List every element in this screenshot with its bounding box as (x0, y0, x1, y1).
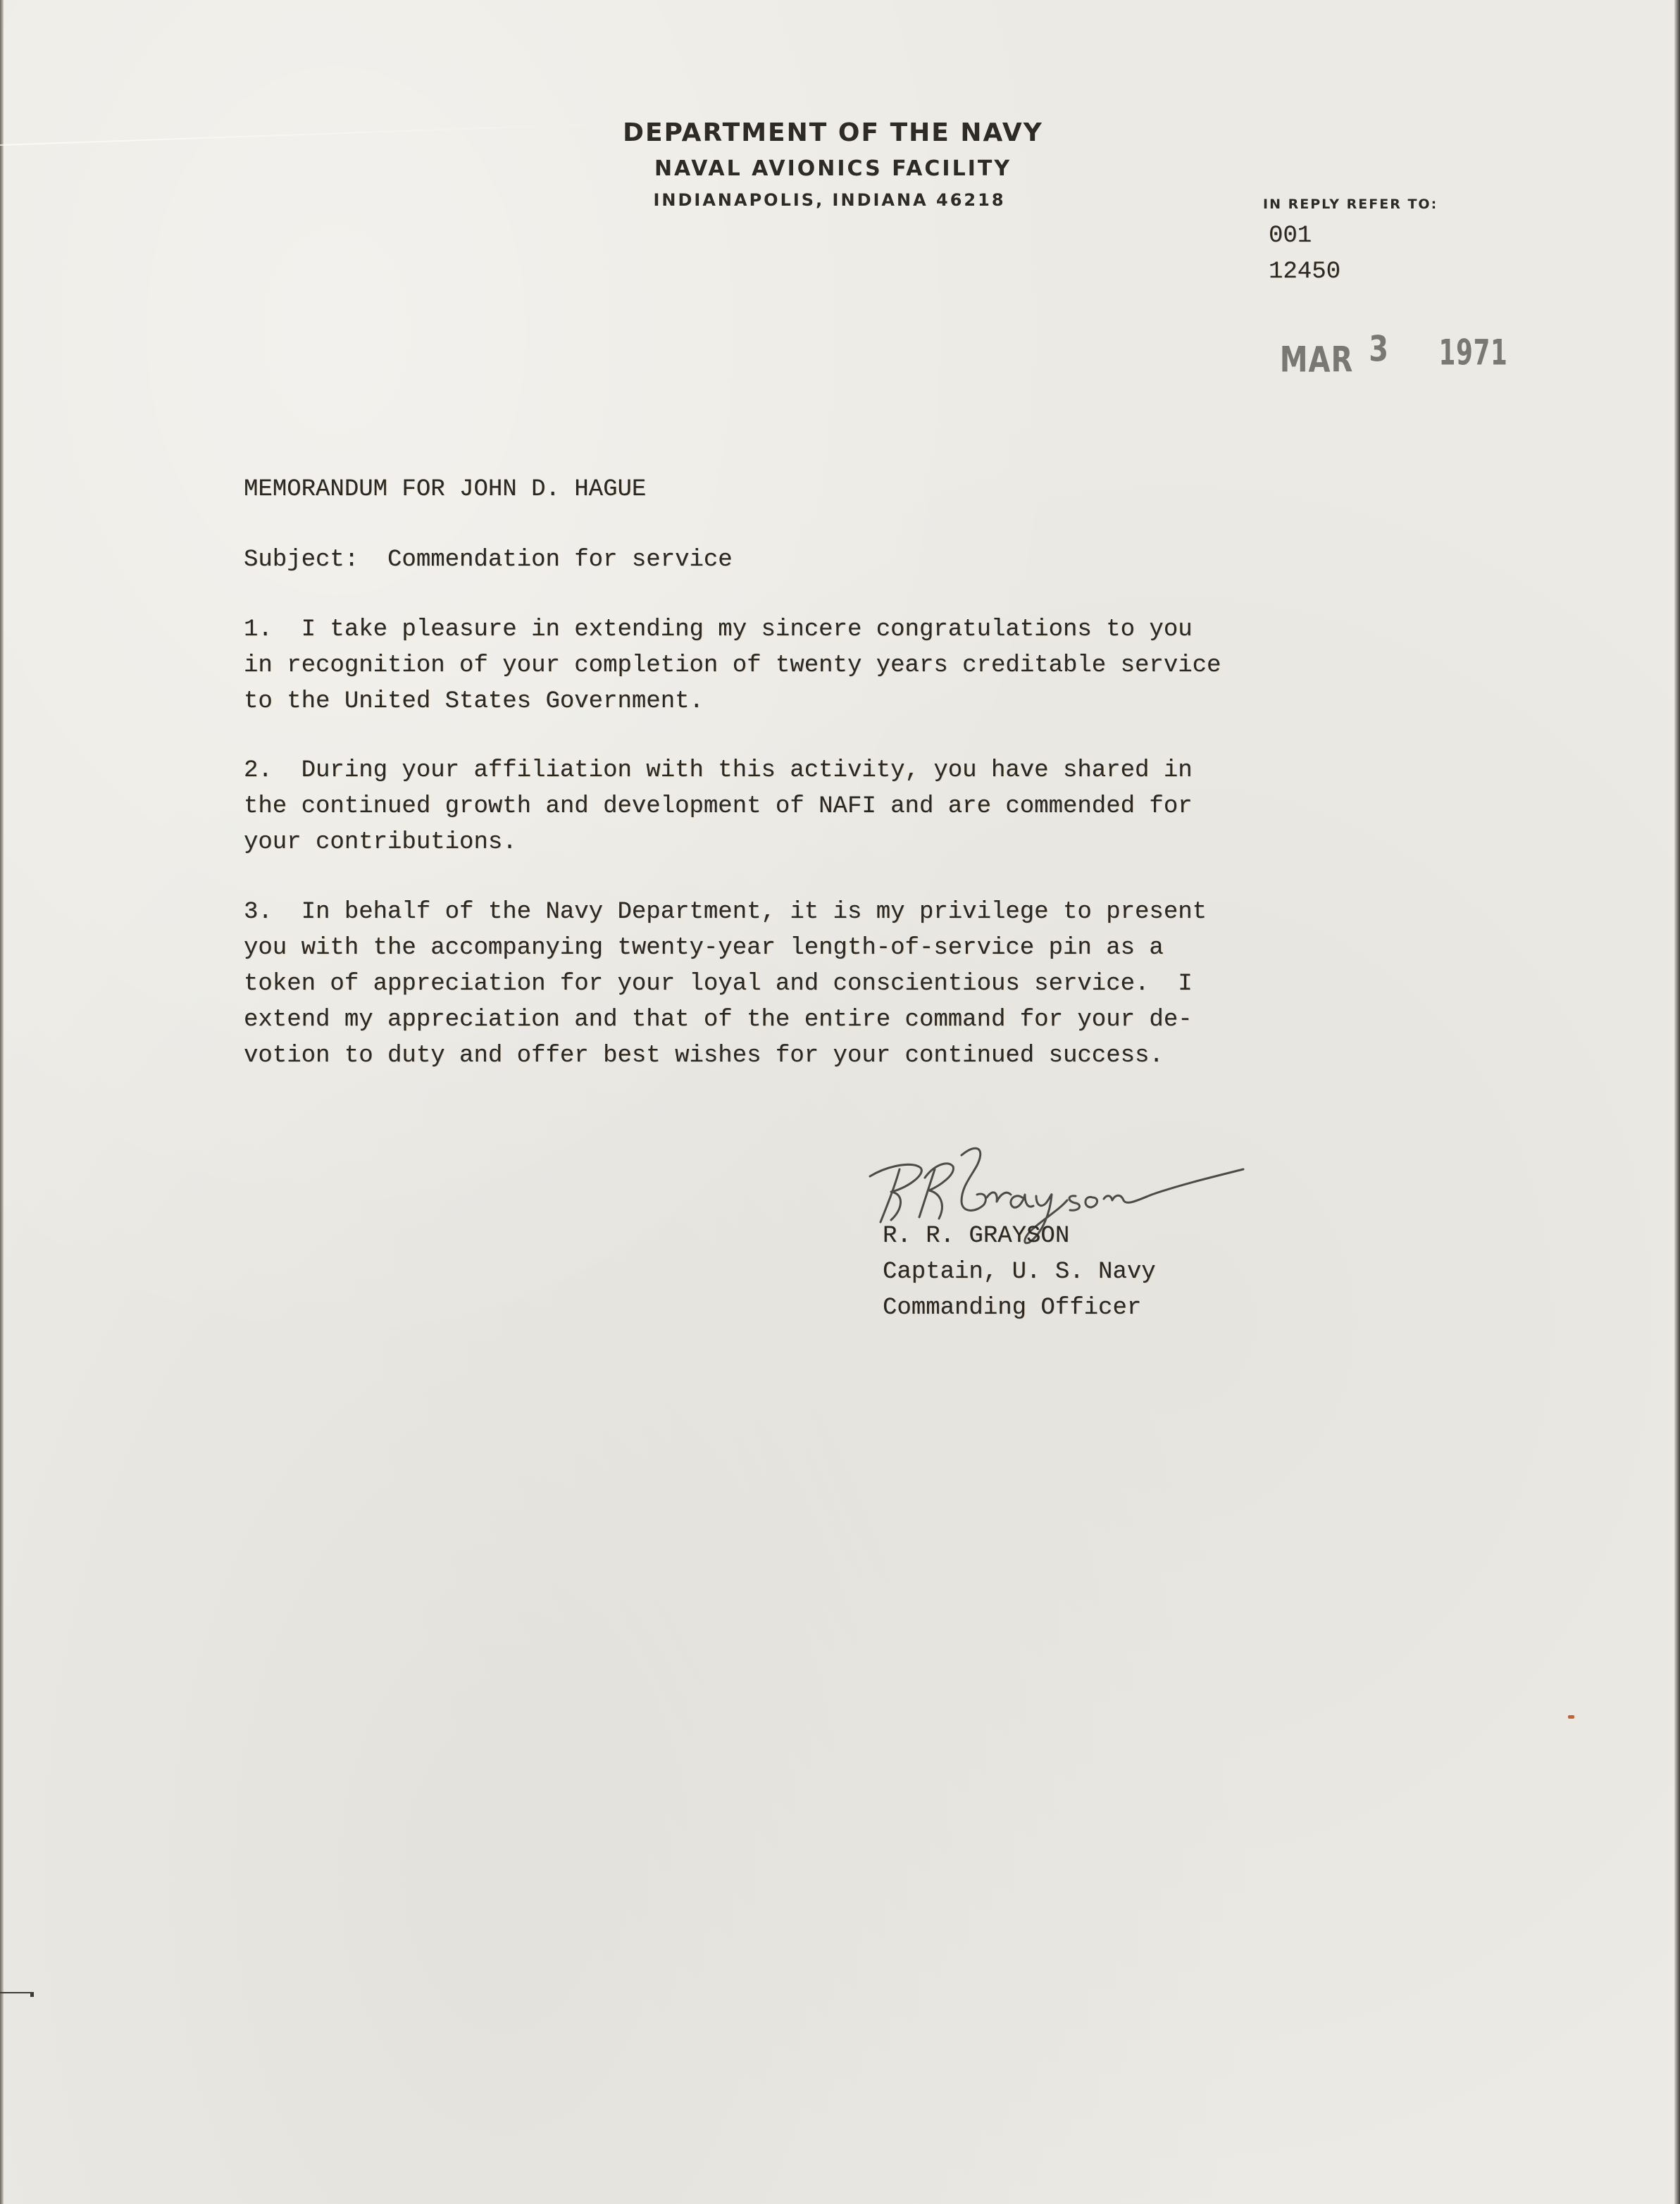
paragraph-line: you with the accompanying twenty-year le… (244, 930, 1207, 966)
letter-page: DEPARTMENT OF THE NAVY NAVAL AVIONICS FA… (0, 0, 1680, 2204)
margin-mark-dot (30, 1992, 34, 1997)
reference-code-1: 001 (1269, 223, 1312, 249)
signer-name: R. R. GRAYSON (883, 1219, 1156, 1254)
paragraph-3: 3. In behalf of the Navy Department, it … (244, 895, 1207, 1074)
paragraph-line: votion to duty and offer best wishes for… (244, 1038, 1207, 1074)
paragraph-line: 2. During your affiliation with this act… (244, 753, 1193, 789)
page-right-edge (1674, 0, 1680, 2204)
date-stamp-month: MAR (1280, 340, 1354, 381)
memo-addressee: MEMORANDUM FOR JOHN D. HAGUE (244, 476, 646, 503)
paragraph-line: 1. I take pleasure in extending my since… (244, 612, 1221, 648)
signature-block: R. R. GRAYSON Captain, U. S. Navy Comman… (883, 1219, 1156, 1326)
letterhead-department: DEPARTMENT OF THE NAVY (0, 118, 1673, 147)
date-stamp-year: 1971 (1439, 333, 1508, 374)
date-stamp: MAR31971 (1238, 299, 1514, 421)
date-stamp-day: 3 (1369, 330, 1389, 371)
paragraph-line: extend my appreciation and that of the e… (244, 1002, 1207, 1038)
paragraph-line: in recognition of your completion of twe… (244, 648, 1221, 684)
paragraph-2: 2. During your affiliation with this act… (244, 753, 1193, 861)
signer-title: Commanding Officer (883, 1290, 1156, 1326)
signer-rank: Captain, U. S. Navy (883, 1254, 1156, 1290)
letterhead-facility: NAVAL AVIONICS FACILITY (0, 156, 1673, 181)
memo-subject: Subject: Commendation for service (244, 547, 733, 573)
paragraph-1: 1. I take pleasure in extending my since… (244, 612, 1221, 720)
paragraph-line: the continued growth and development of … (244, 789, 1193, 825)
page-left-edge (0, 0, 4, 2204)
paragraph-line: your contributions. (244, 825, 1193, 861)
paragraph-line: token of appreciation for your loyal and… (244, 966, 1207, 1002)
paragraph-line: to the United States Government. (244, 684, 1221, 720)
margin-mark (0, 1992, 32, 1993)
ink-fleck (1568, 1715, 1574, 1719)
reply-refer-label: IN REPLY REFER TO: (1263, 197, 1438, 212)
reference-code-2: 12450 (1269, 259, 1340, 285)
paragraph-line: 3. In behalf of the Navy Department, it … (244, 895, 1207, 930)
